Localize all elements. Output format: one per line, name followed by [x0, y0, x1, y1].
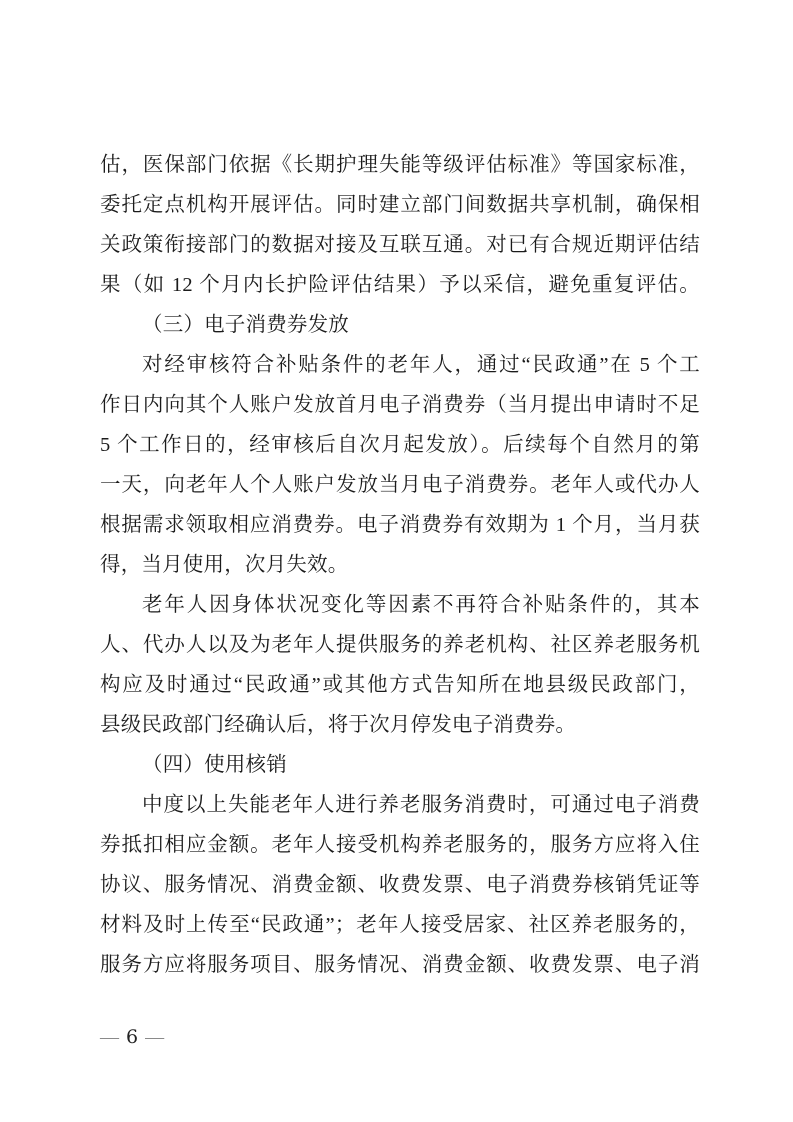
text-line: 委托定点机构开展评估。同时建立部门间数据共享机制，确保相 [100, 185, 700, 225]
text-line: 构应及时通过“民政通”或其他方式告知所在地县级民政部门， [100, 665, 700, 705]
page-footer: —6— [100, 1024, 164, 1051]
text-line: 得，当月使用，次月失效。 [100, 545, 700, 585]
document-body: 估，医保部门依据《长期护理失能等级评估标准》等国家标准，委托定点机构开展评估。同… [100, 145, 700, 985]
page-number: 6 [119, 1026, 145, 1048]
text-line: 县级民政部门经确认后，将于次月停发电子消费券。 [100, 705, 700, 745]
text-line: 券抵扣相应金额。老年人接受机构养老服务的，服务方应将入住 [100, 825, 700, 865]
section-heading: （四）使用核销 [100, 745, 700, 785]
text-line: 材料及时上传至“民政通”；老年人接受居家、社区养老服务的， [100, 905, 700, 945]
text-line: 作日内向其个人账户发放首月电子消费券（当月提出申请时不足 [100, 385, 700, 425]
text-line: 协议、服务情况、消费金额、收费发票、电子消费券核销凭证等 [100, 865, 700, 905]
document-page: 估，医保部门依据《长期护理失能等级评估标准》等国家标准，委托定点机构开展评估。同… [0, 0, 793, 1122]
text-line: 估，医保部门依据《长期护理失能等级评估标准》等国家标准， [100, 145, 700, 185]
footer-dash-right: — [145, 1027, 164, 1048]
text-line: 中度以上失能老年人进行养老服务消费时，可通过电子消费 [100, 785, 700, 825]
section-heading: （三）电子消费券发放 [100, 305, 700, 345]
text-line: 人、代办人以及为老年人提供服务的养老机构、社区养老服务机 [100, 625, 700, 665]
text-line: 服务方应将服务项目、服务情况、消费金额、收费发票、电子消 [100, 945, 700, 985]
text-line: 果（如 12 个月内长护险评估结果）予以采信，避免重复评估。 [100, 265, 700, 305]
text-line: 关政策衔接部门的数据对接及互联互通。对已有合规近期评估结 [100, 225, 700, 265]
text-line: 5 个工作日的，经审核后自次月起发放）。后续每个自然月的第 [100, 425, 700, 465]
footer-dash-left: — [100, 1027, 119, 1048]
text-line: 老年人因身体状况变化等因素不再符合补贴条件的，其本 [100, 585, 700, 625]
text-line: 根据需求领取相应消费券。电子消费券有效期为 1 个月，当月获 [100, 505, 700, 545]
text-line: 对经审核符合补贴条件的老年人，通过“民政通”在 5 个工 [100, 345, 700, 385]
text-line: 一天，向老年人个人账户发放当月电子消费券。老年人或代办人 [100, 465, 700, 505]
